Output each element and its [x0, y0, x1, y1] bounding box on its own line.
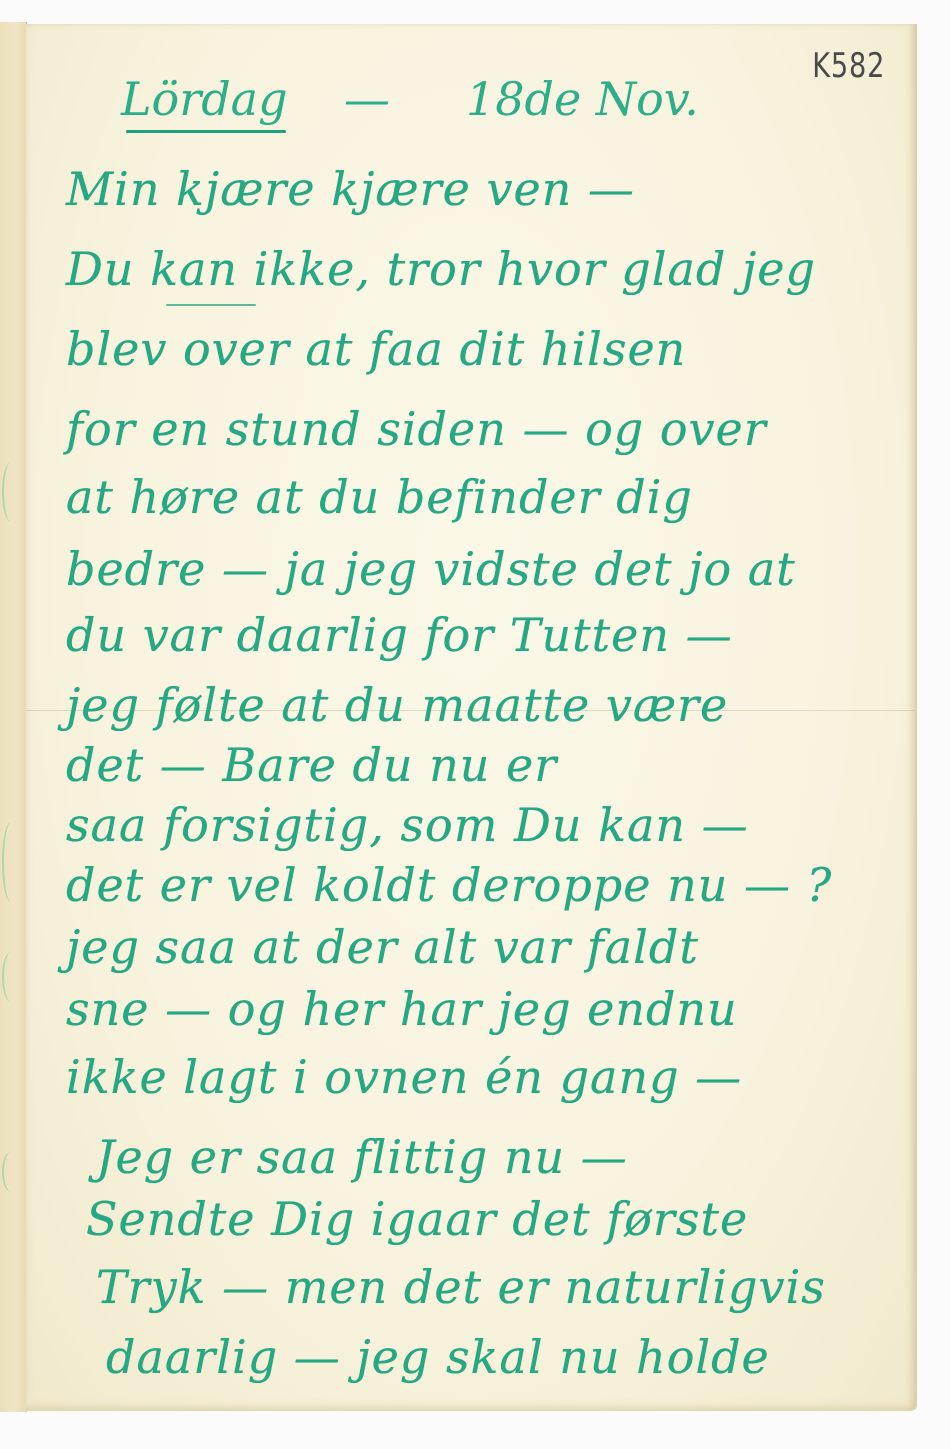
letter-date: 18de Nov.	[466, 72, 699, 126]
letter-line-6: du var daarlig for Tutten —	[66, 612, 733, 658]
letter-line-13: ikke lagt i ovnen én gang —	[66, 1054, 742, 1100]
bleed-through-ink	[2, 462, 20, 522]
archive-mark: K582	[812, 46, 885, 86]
bleed-through-ink	[2, 822, 20, 902]
letter-line-2: blev over at faa dit hilsen	[66, 326, 686, 372]
bleed-through-ink	[2, 952, 20, 1002]
letter-line-7: jeg følte at du maatte være	[66, 682, 728, 728]
letter-line-10: det er vel koldt deroppe nu — ?	[66, 862, 832, 908]
letter-line-12: sne — og her har jeg endnu	[66, 986, 738, 1032]
letter-line-1: Du kan ikke, tror hvor glad jeg	[66, 246, 816, 292]
word-underline	[166, 304, 256, 306]
letter-line-4: at høre at du befinder dig	[66, 474, 693, 520]
letter-line-14: Jeg er saa flittig nu —	[96, 1134, 628, 1180]
previous-page-fold	[0, 22, 27, 1412]
letter-line-3: for en stund siden — og over	[66, 406, 767, 452]
salutation: Min kjære kjære ven —	[66, 166, 635, 212]
letter-line-5: bedre — ja jeg vidste det jo at	[66, 546, 796, 592]
letter-line-15: Sendte Dig igaar det første	[86, 1196, 748, 1242]
letter-line-9: saa forsigtig, som Du kan —	[66, 802, 749, 848]
letter-day: Lördag	[121, 72, 288, 126]
letter-line-16: Tryk — men det er naturligvis	[96, 1264, 826, 1310]
header-separator: —	[344, 72, 390, 126]
letter-page: K582 Lördag — 18de Nov. Min kjære kjære …	[26, 24, 917, 1411]
day-underline	[126, 130, 286, 133]
letter-line-17: daarlig — jeg skal nu holde	[106, 1334, 770, 1380]
letter-line-8: det — Bare du nu er	[66, 742, 557, 788]
bleed-through-ink	[2, 1152, 20, 1192]
letter-line-11: jeg saa at der alt var faldt	[66, 924, 699, 970]
